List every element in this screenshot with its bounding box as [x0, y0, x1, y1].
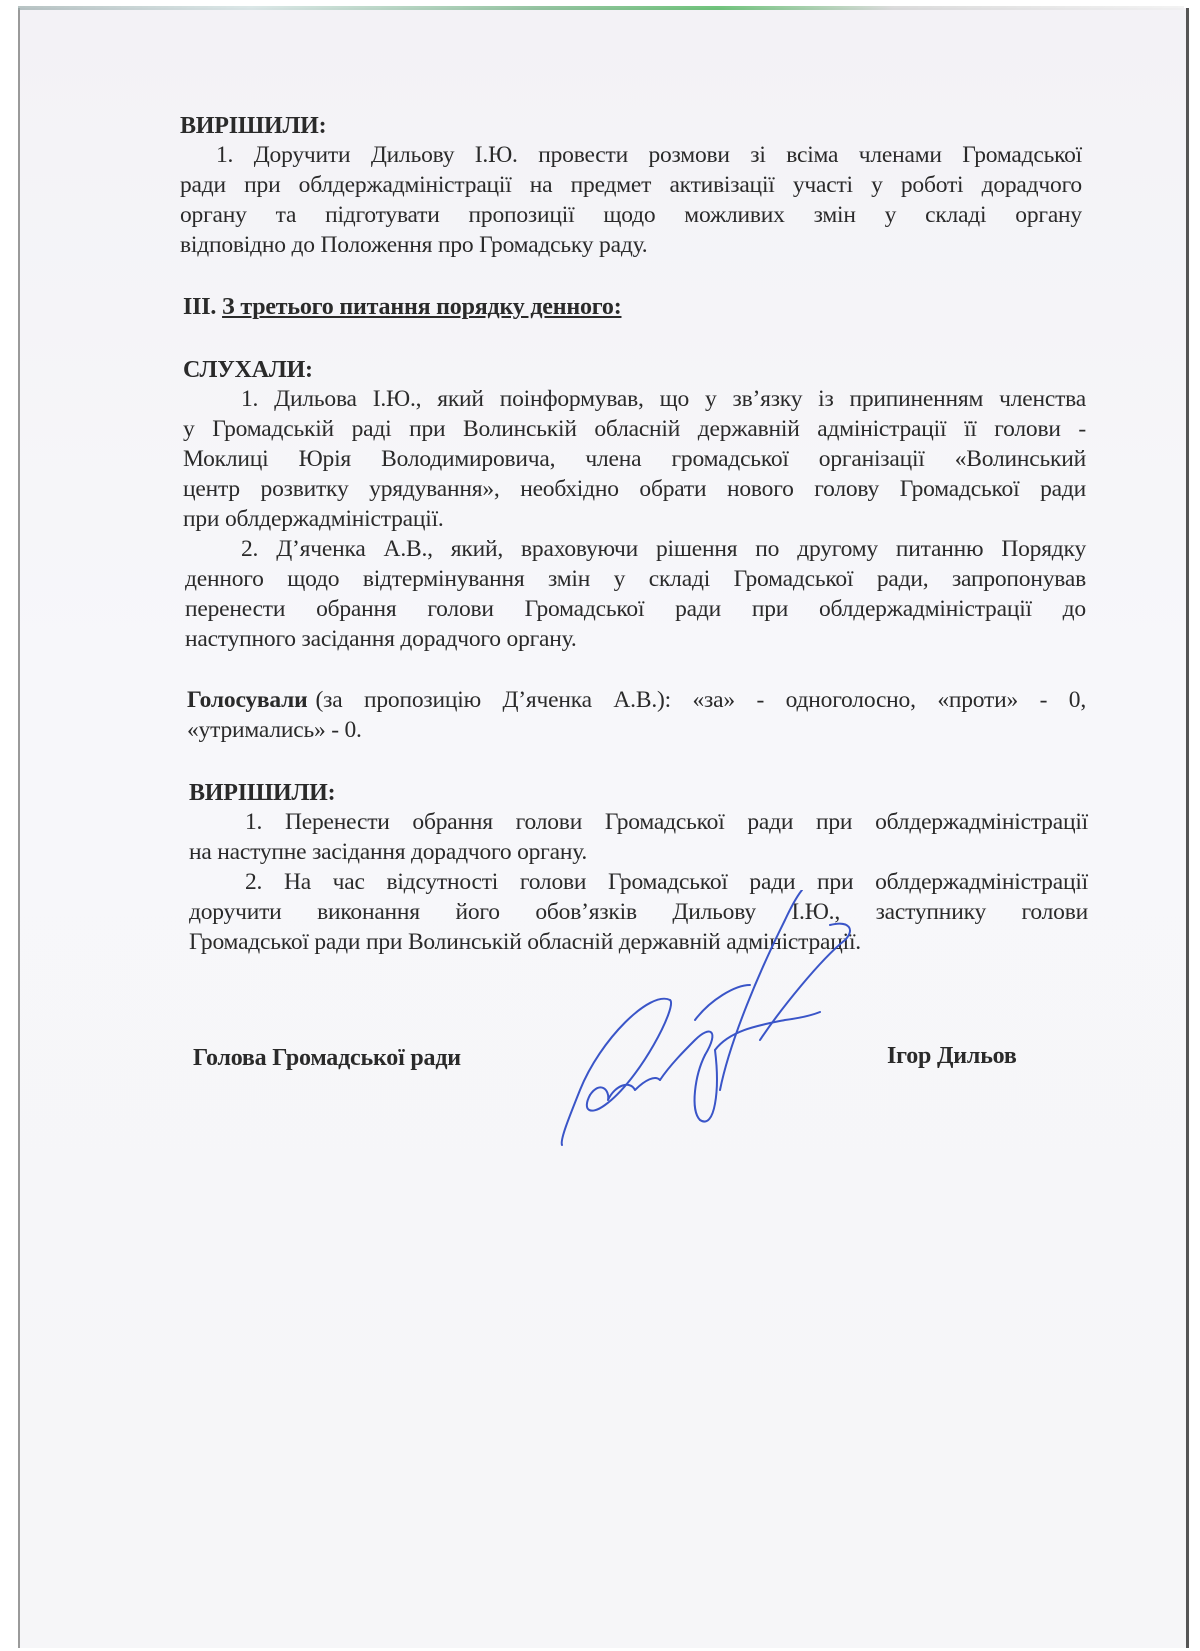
heard-line-3: Моклиці Юрія Володимировича, члена грома…: [183, 446, 1086, 473]
heard-line-4: центр розвитку урядування», необхідно об…: [183, 476, 1086, 503]
signature-position: Голова Громадської ради: [193, 1045, 461, 1072]
heard-line-1: 1. Дильова І.Ю., який поінформував, що у…: [241, 386, 1086, 413]
agenda-item-title: З третього питання порядку денного:: [222, 294, 621, 320]
decided-2-line-1: 1. Перенести обрання голови Громадської …: [245, 809, 1088, 836]
agenda-item-3-heading: ІІІ. З третього питання порядку денного:: [183, 294, 622, 321]
heard-line-2: у Громадській раді при Волинській обласн…: [183, 416, 1086, 443]
decided-1-line-4: відповідно до Положення про Громадську р…: [180, 232, 647, 259]
vote-details: (за пропозицію Д’яченка А.В.): «за» - од…: [316, 687, 1086, 714]
section-heading-heard: СЛУХАЛИ:: [183, 357, 313, 384]
heard-line-5: при облдержадміністрації.: [183, 506, 444, 533]
decided-1-line-3: органу та підготувати пропозиції щодо мо…: [180, 202, 1082, 229]
vote-line-2: «утримались» - 0.: [187, 717, 362, 744]
heard-line-9: наступного засідання дорадчого органу.: [185, 626, 577, 653]
heard-line-6: 2. Д’яченка А.В., який, враховуючи рішен…: [241, 536, 1086, 563]
heard-line-7: денного щодо відтермінування змін у скла…: [185, 566, 1086, 593]
vote-label: Голосували: [187, 687, 308, 714]
agenda-item-number: ІІІ.: [183, 294, 216, 320]
scan-top-edge: [18, 6, 1184, 10]
decided-2-line-2: на наступне засідання дорадчого органу.: [189, 839, 587, 866]
section-heading-decided-1: ВИРІШИЛИ:: [180, 113, 326, 140]
handwritten-signature-icon: [520, 890, 860, 1150]
heard-line-8: перенести обрання голови Громадської рад…: [185, 596, 1086, 623]
decided-1-line-1: 1. Доручити Дильову І.Ю. провести розмов…: [216, 142, 1082, 169]
decided-1-line-2: ради при облдержадміністрації на предмет…: [180, 172, 1082, 199]
section-heading-decided-2: ВИРІШИЛИ:: [189, 780, 335, 807]
vote-line-1: Голосували (за пропозицію Д’яченка А.В.)…: [187, 687, 1086, 714]
signature-name: Ігор Дильов: [887, 1043, 1017, 1070]
